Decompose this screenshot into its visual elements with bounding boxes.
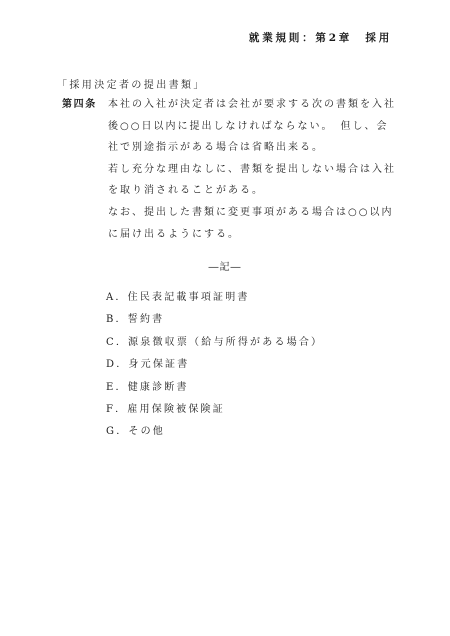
article-line: 若し充分な理由なしに、書類を提出しない場合は入社 [108, 159, 408, 181]
article-line: 後○○日以内に提出しなければならない。 但し、会 [108, 116, 408, 138]
article-line: を取り消されることがある。 [108, 180, 408, 202]
article-line: 社で別途指示がある場合は省略出来る。 [108, 137, 408, 159]
section-title: 「採用決定者の提出書類」 [57, 76, 206, 91]
article-clause: 第四条 本社の入社が決定者は会社が要求する次の書類を入社 後○○日以内に提出しな… [62, 94, 408, 245]
article-body: 本社の入社が決定者は会社が要求する次の書類を入社 後○○日以内に提出しなければな… [108, 94, 408, 245]
list-item: F．雇用保険被保険証 [106, 399, 323, 421]
article-line: なお、提出した書類に変更事項がある場合は○○以内 [108, 202, 408, 224]
article-number: 第四条 [62, 94, 108, 116]
required-documents-list: A．住民表記載事項証明書 B．誓約書 C．源泉徴収票（給与所得がある場合） D．… [106, 287, 323, 444]
list-item: A．住民表記載事項証明書 [106, 287, 323, 309]
list-marker: ―記― [0, 258, 450, 273]
document-header: 就業規則：第2章 採用 [249, 30, 392, 45]
document-page: 就業規則：第2章 採用 「採用決定者の提出書類」 第四条 本社の入社が決定者は会… [0, 0, 450, 636]
list-item: E．健康診断書 [106, 377, 323, 399]
list-item: G．その他 [106, 421, 323, 443]
list-item: C．源泉徴収票（給与所得がある場合） [106, 332, 323, 354]
list-item: D．身元保証書 [106, 354, 323, 376]
article-line: 本社の入社が決定者は会社が要求する次の書類を入社 [108, 94, 408, 116]
article-line: に届け出るようにする。 [108, 224, 408, 246]
list-item: B．誓約書 [106, 309, 323, 331]
